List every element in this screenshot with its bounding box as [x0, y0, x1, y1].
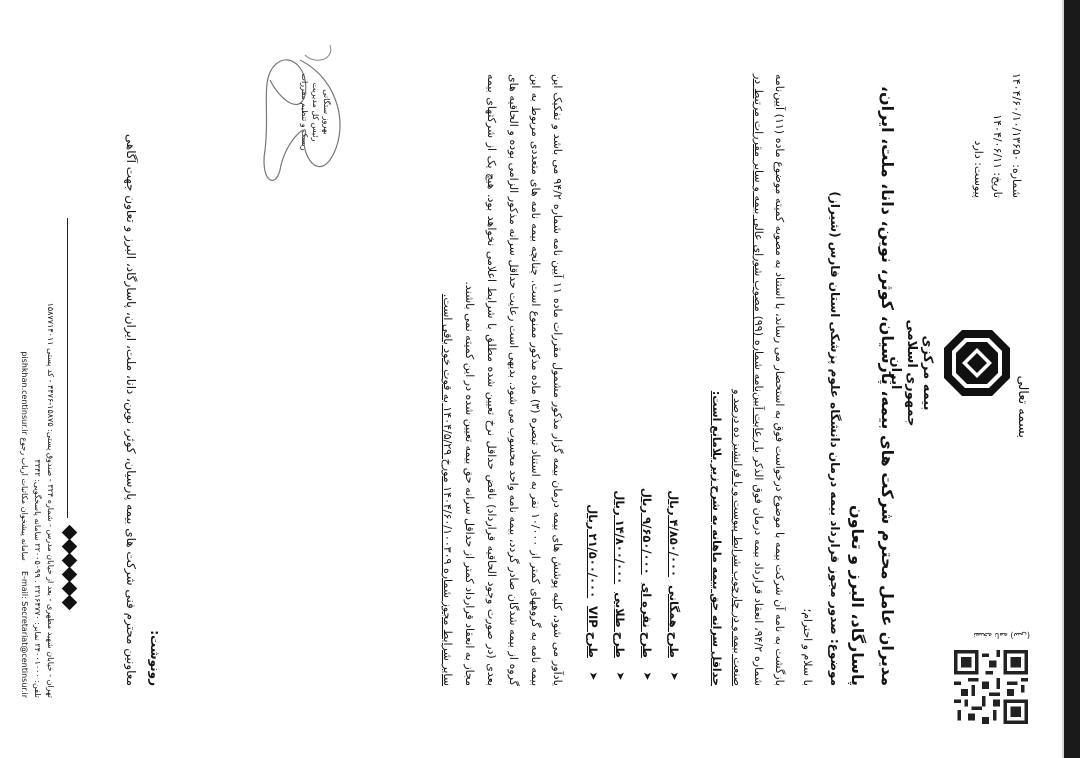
signatory-name: بهروز ستگانی — [321, 72, 332, 152]
plan-row: ➤ طرح همگانی ۴/۸۵۰/۰۰۰ ریال — [661, 366, 688, 686]
bismillah-header: بسمه تعالی — [1015, 376, 1030, 438]
plan-row: ➤ طرح نقره ای ۹/۶۵۰/۰۰۰ ریال — [634, 366, 661, 686]
footer-divider — [67, 218, 68, 518]
plan-name: طرح طلایی — [614, 592, 628, 658]
plan-amount: ۹/۶۵۰/۰۰۰ ریال — [641, 488, 655, 575]
letter-document: بسمه تعالی بیمه مرکزی جمهوری اسلامی ایرا… — [0, 0, 1060, 758]
plan-row: ➤ طرح VIP ۲۱/۵۰۰/۰۰۰ ریال — [580, 366, 607, 686]
signatory: بهروز ستگانی رئیس کل مدیریت ریسک و تنظیم… — [299, 72, 332, 152]
footer-portal-label: سامانه پیشخوان مکاتبات ارباب رجوع — [20, 437, 29, 560]
plan-name: طرح VIP — [587, 606, 601, 658]
letter-subject: موضوع: صدور مجوز قرارداد بیمه درمان دانش… — [828, 66, 842, 686]
arrow-bullet-icon: ➤ — [614, 666, 627, 686]
plan-amount: ۴/۸۵۰/۰۰۰ ریال — [668, 490, 682, 577]
arrow-bullet-icon: ➤ — [641, 666, 654, 686]
footer-email: E-mail: Secretariat@centinsur.ir — [20, 571, 29, 698]
body2-closing: سایر شرایط مجوز شماره ۱۴۰۴/۶۰/۱۰۰۳۰۹ مور… — [436, 74, 458, 686]
central-insurance-logo-icon — [942, 328, 1012, 398]
plan-name: طرح نقره ای — [641, 583, 655, 658]
body1-part-c: حداقل سرانه حق بیمه ماهانه به شرح زیر بل… — [706, 74, 727, 686]
premium-plans-list: ➤ طرح همگانی ۴/۸۵۰/۰۰۰ ریال ➤ طرح نقره ا… — [580, 366, 688, 686]
signatory-title: رئیس کل مدیریت ریسک و تنظیم مقررات — [299, 72, 321, 152]
letter-meta: شماره: ۱۴۰۴/۶۰/۱۰/۱۳۶۵۰ تاریخ: ۱۴۰۴/۰۶/۱… — [969, 48, 1026, 198]
plan-row: ➤ طرح طلایی ۱۴/۸۰۰/۰۰۰ ریال — [607, 366, 634, 686]
footer-diamonds-icon — [64, 524, 75, 608]
footer-portal-url: pishkhan.centinsur.ir — [20, 351, 29, 434]
arrow-bullet-icon: ➤ — [668, 666, 681, 686]
plan-amount: ۲۱/۵۰۰/۰۰۰ ریال — [587, 504, 601, 598]
qr-code-icon — [954, 650, 1028, 724]
plan-amount: ۱۴/۸۰۰/۰۰۰ ریال — [614, 490, 628, 584]
cc-title: رونوشت: — [148, 630, 162, 686]
body-paragraph-2: یادآور می شود، کلیه پوشش های بیمه درمان … — [436, 74, 568, 686]
cc-recipients: معاونین محترم فنی شرکت های بیمه پارسیان،… — [124, 66, 138, 686]
viewer-frame-right — [1064, 0, 1080, 758]
footer-phones: تلفن: ۲۴۰۰۱۰۰۰ نمابر: ۲۲۱۶۴۷۷۰ . ۲۲۰۰۵۰۹… — [31, 58, 44, 698]
greeting: با سلام و احترام؛ — [801, 609, 814, 686]
org-name-line1: بیمه مرکزی — [919, 308, 935, 438]
footer-contact: تهران - خیابان شهید مطهری - بعد از خیابا… — [18, 58, 57, 698]
letter-date: تاریخ: ۱۴۰۴/۰۶/۱۱ — [988, 48, 1007, 198]
qr-caption: نسخه نامه (سی) — [973, 631, 1030, 640]
letter-number: شماره: ۱۴۰۴/۶۰/۱۰/۱۳۶۵۰ — [1007, 48, 1026, 198]
body2-text: یادآور می شود، کلیه پوشش های بیمه درمان … — [458, 74, 568, 686]
footer-address: تهران - خیابان شهید مطهری - بعد از خیابا… — [44, 58, 57, 698]
plan-name: طرح همگانی — [668, 585, 682, 658]
letter-attachment: پیوست: دارد — [969, 48, 988, 198]
arrow-bullet-icon: ➤ — [587, 666, 600, 686]
recipient-line: مدیران عامل محترم شرکت های بیمه، پارسیان… — [842, 66, 902, 686]
body-paragraph-1: بازگشت به نامه آن شرکت بیمه با موضوع درخ… — [706, 74, 790, 686]
